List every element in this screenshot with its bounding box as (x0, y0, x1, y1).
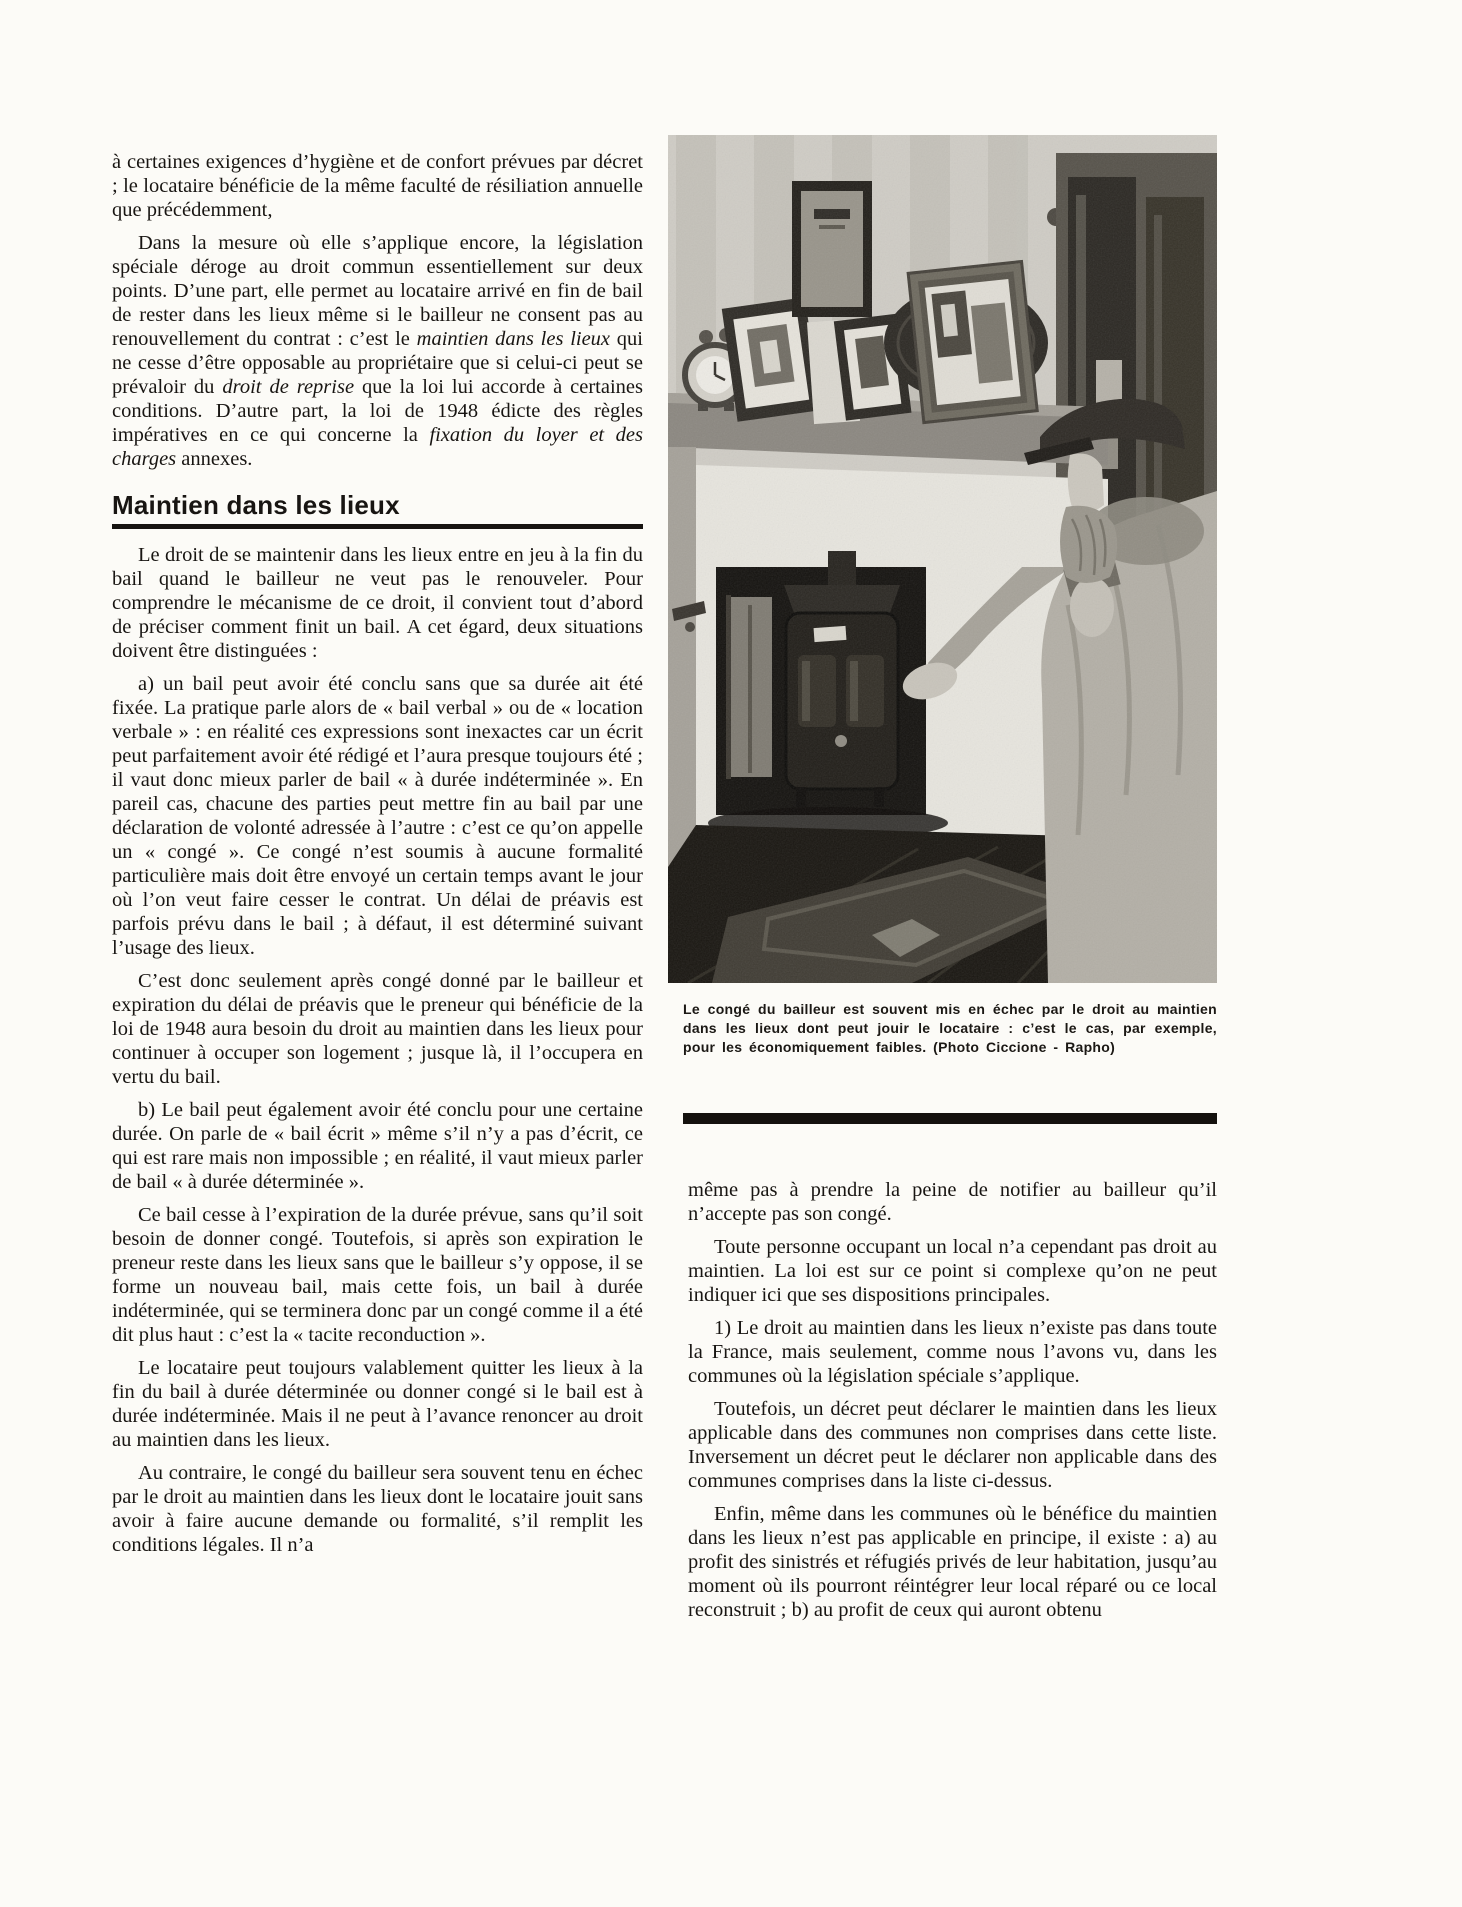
paragraph: Toute personne occupant un local n’a cep… (688, 1235, 1217, 1307)
magazine-page: à certaines exigences d’hygiène et de co… (0, 0, 1462, 1907)
paragraph: Ce bail cesse à l’expiration de la durée… (112, 1203, 643, 1347)
left-intro-paragraphs: à certaines exigences d’hygiène et de co… (112, 150, 643, 471)
paragraph: Le locataire peut toujours valablement q… (112, 1356, 643, 1452)
paragraph: Toutefois, un décret peut déclarer le ma… (688, 1397, 1217, 1493)
left-body-paragraphs: Le droit de se maintenir dans les lieux … (112, 543, 643, 1557)
left-column: à certaines exigences d’hygiène et de co… (112, 150, 643, 1566)
paragraph: Au contraire, le congé du bailleur sera … (112, 1461, 643, 1557)
halftone-grain (668, 135, 1217, 983)
paragraph: Dans la mesure où elle s’applique encore… (112, 231, 643, 471)
paragraph: même pas à prendre la peine de notifier … (688, 1178, 1217, 1226)
paragraph: à certaines exigences d’hygiène et de co… (112, 150, 643, 222)
section-divider-bar (683, 1113, 1217, 1124)
paragraph: C’est donc seulement après congé donné p… (112, 969, 643, 1089)
section-heading: Maintien dans les lieux (112, 493, 643, 529)
paragraph: a) un bail peut avoir été conclu sans qu… (112, 672, 643, 960)
paragraph: 1) Le droit au maintien dans les lieux n… (688, 1316, 1217, 1388)
right-column: même pas à prendre la peine de notifier … (688, 1178, 1217, 1631)
paragraph: b) Le bail peut également avoir été conc… (112, 1098, 643, 1194)
fireplace-photo (668, 135, 1217, 983)
fireplace-photo-art (668, 135, 1217, 983)
paragraph: Enfin, même dans les communes où le béné… (688, 1502, 1217, 1622)
paragraph: Le droit de se maintenir dans les lieux … (112, 543, 643, 663)
right-paragraphs: même pas à prendre la peine de notifier … (688, 1178, 1217, 1622)
photo-caption: Le congé du bailleur est souvent mis en … (683, 1000, 1217, 1057)
